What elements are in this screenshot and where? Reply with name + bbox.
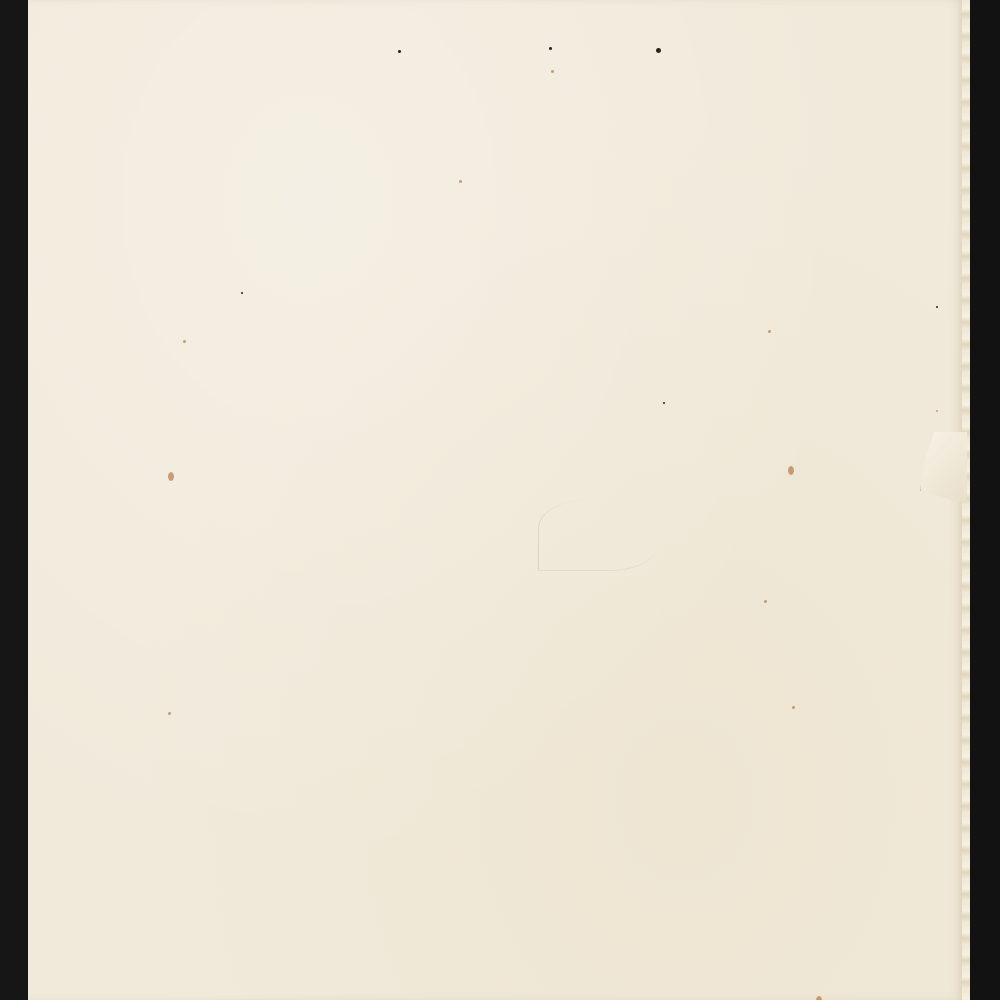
foxing-spot	[168, 712, 171, 715]
foxing-spot	[792, 706, 795, 709]
dirt-speck	[241, 292, 243, 294]
foxing-spot	[936, 410, 938, 412]
dirt-speck	[656, 48, 661, 53]
foxing-spot	[768, 330, 771, 333]
foxing-spot	[183, 340, 186, 343]
dirt-speck	[549, 47, 552, 50]
foxing-spot	[816, 996, 822, 1000]
faint-show-through-mark	[538, 500, 659, 571]
blank-paper-page	[28, 0, 966, 1000]
dirt-speck	[663, 402, 665, 404]
foxing-spot	[764, 600, 767, 603]
foxing-spot	[788, 466, 794, 475]
dirt-speck	[936, 306, 938, 308]
foxing-spot	[168, 472, 174, 481]
foxing-spot	[459, 180, 462, 183]
dark-background-left	[0, 0, 29, 1000]
dirt-speck	[398, 50, 401, 53]
foxing-spot	[551, 70, 554, 73]
